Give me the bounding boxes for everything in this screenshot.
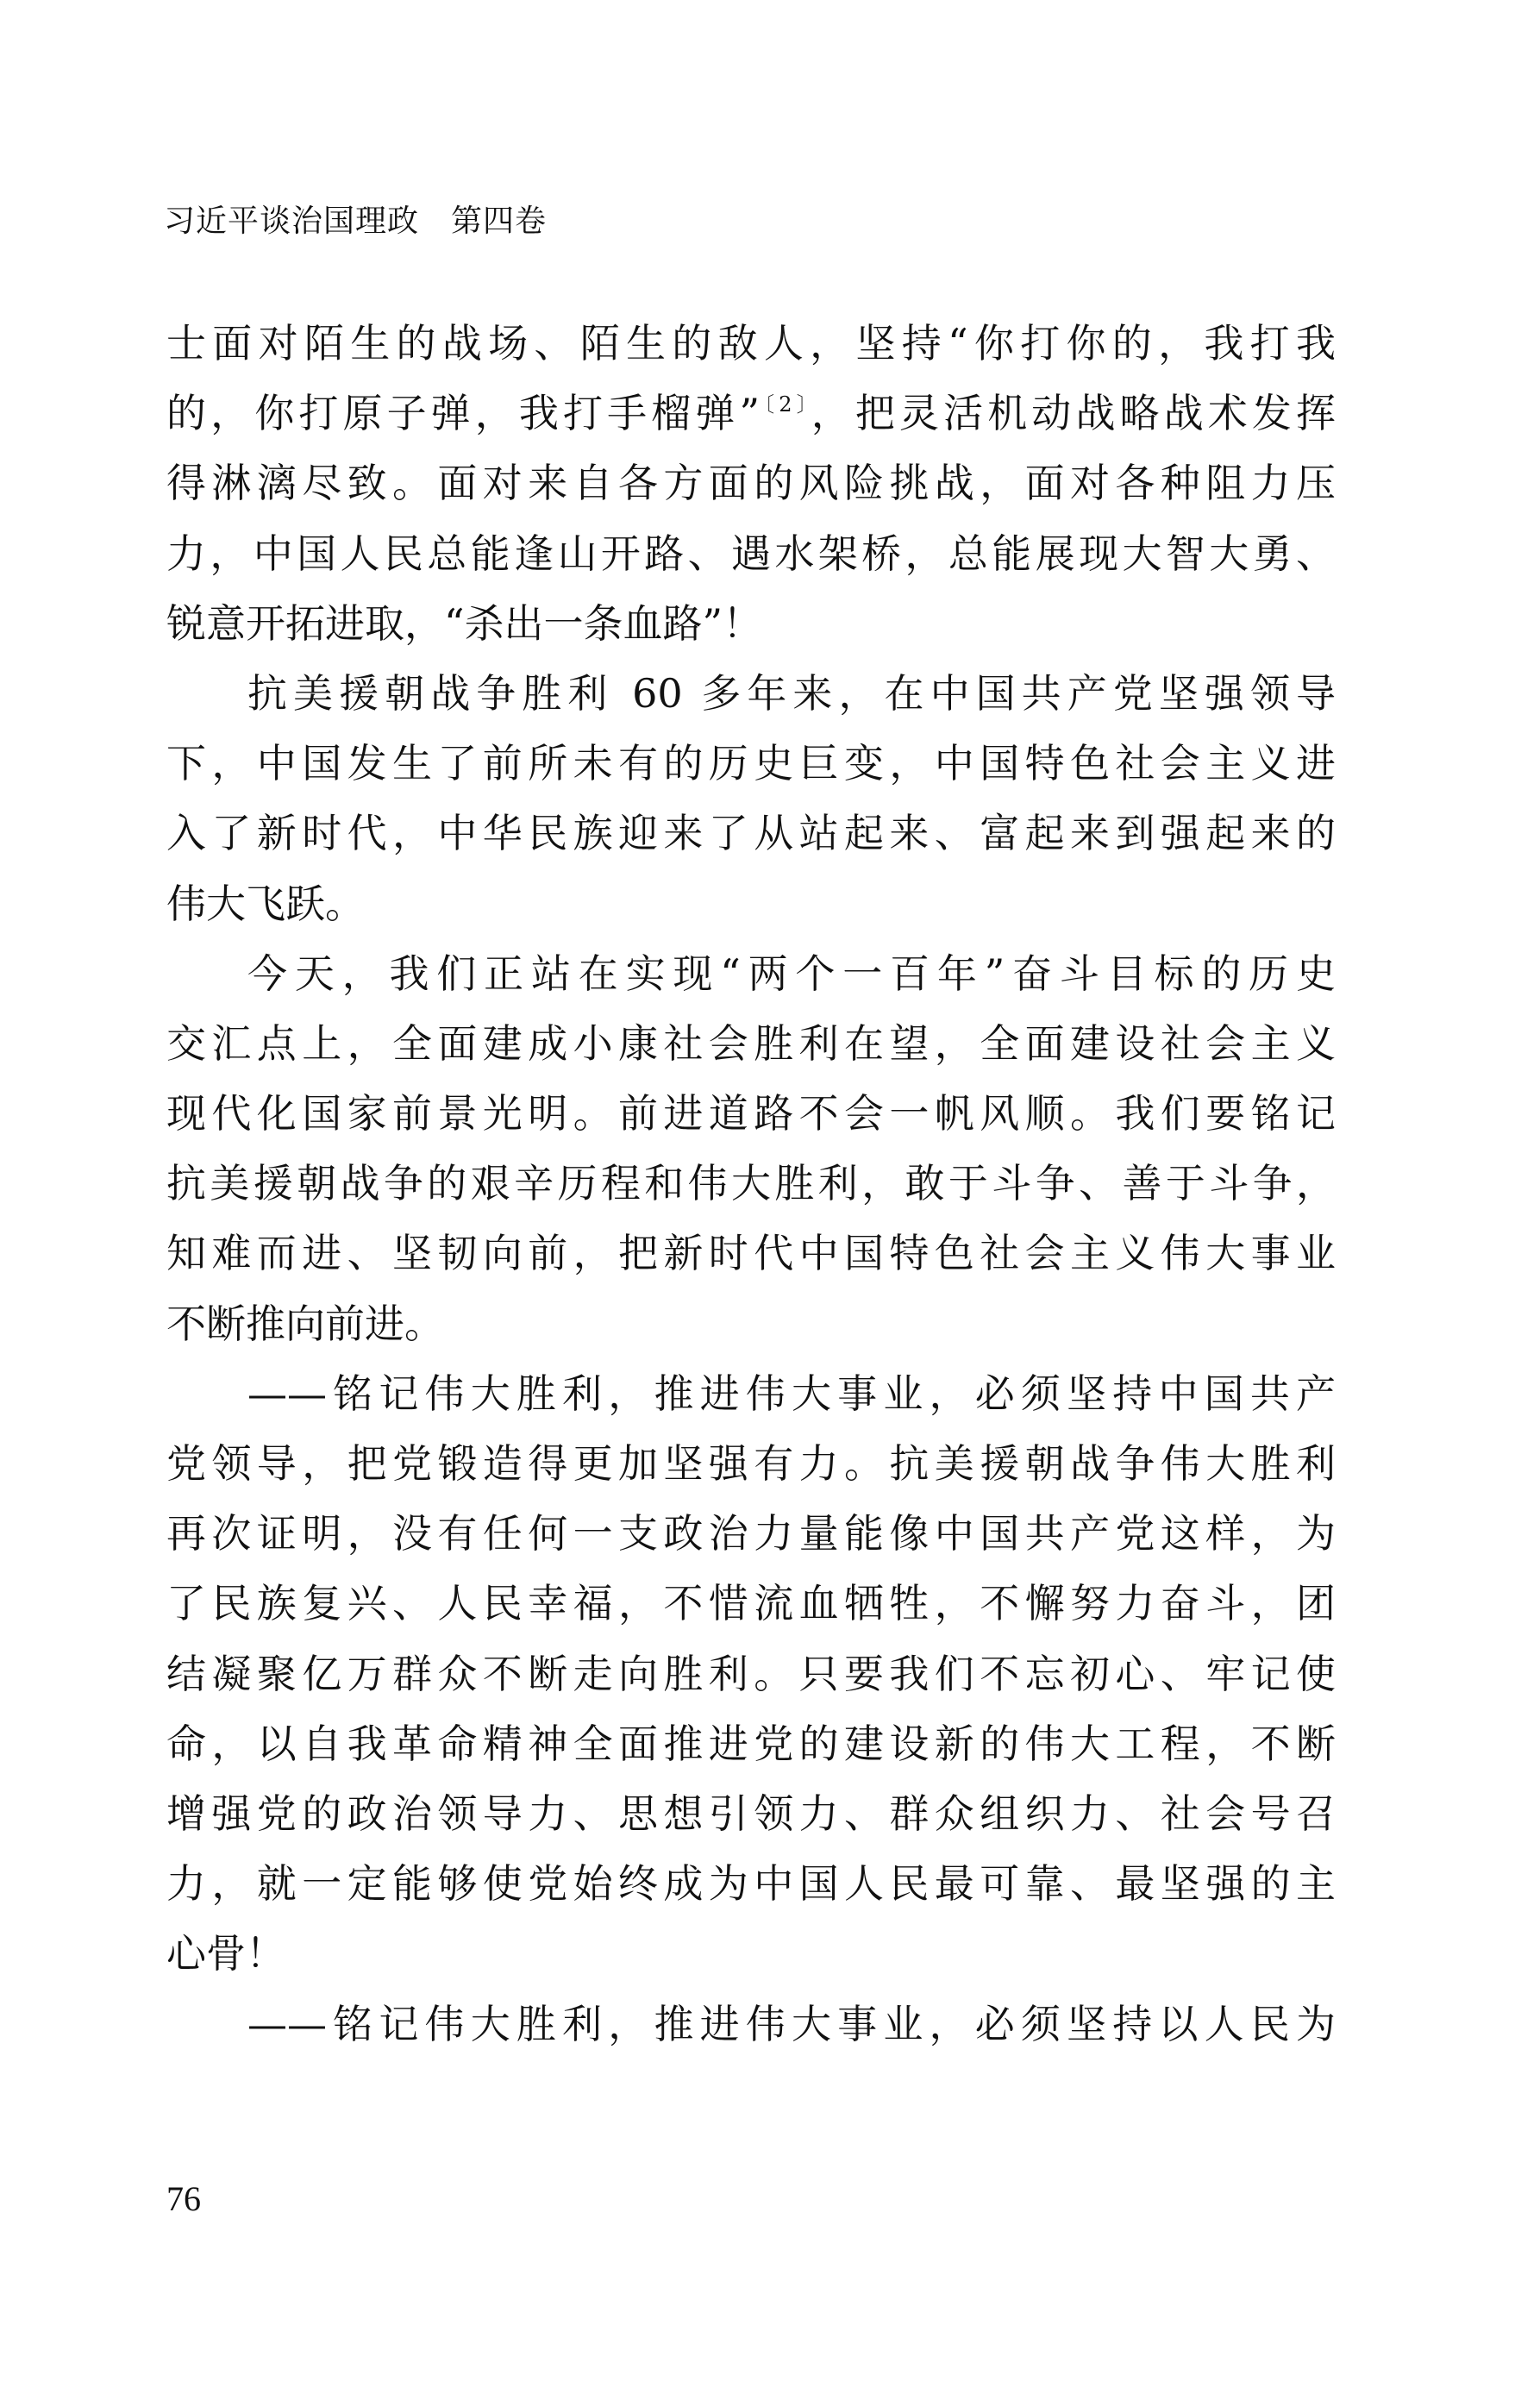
text-line: 锐意开拓进取，“杀出一条血路”！ — [166, 589, 1336, 659]
text-line: 知难而进、坚韧向前，把新时代中国特色社会主义伟大事业 — [166, 1219, 1336, 1288]
text-line: 入了新时代，中华民族迎来了从站起来、富起来到强起来的 — [166, 799, 1336, 868]
page-number: 76 — [166, 2178, 201, 2219]
text-line: 抗美援朝战争胜利 60 多年来，在中国共产党坚强领导 — [166, 659, 1336, 729]
text-line: 得淋漓尽致。面对来自各方面的风险挑战，面对各种阻力压 — [166, 448, 1336, 518]
text-line: 交汇点上，全面建成小康社会胜利在望，全面建设社会主义 — [166, 1009, 1336, 1079]
text-line: 今天，我们正站在实现“两个一百年”奋斗目标的历史 — [166, 939, 1336, 1009]
paragraph: 士面对陌生的战场、陌生的敌人，坚持“你打你的，我打我 的，你打原子弹，我打手榴弹… — [166, 309, 1336, 659]
text-span: ，把灵活机动战略战术发挥 — [811, 390, 1336, 436]
text-line: ——铭记伟大胜利，推进伟大事业，必须坚持中国共产 — [166, 1359, 1336, 1429]
text-line: 再次证明，没有任何一支政治力量能像中国共产党这样，为 — [166, 1499, 1336, 1569]
text-line: 党领导，把党锻造得更加坚强有力。抗美援朝战争伟大胜利 — [166, 1429, 1336, 1499]
text-line: 力，中国人民总能逢山开路、遇水架桥，总能展现大智大勇、 — [166, 519, 1336, 589]
text-line: 的，你打原子弹，我打手榴弹”〔2〕，把灵活机动战略战术发挥 — [166, 379, 1336, 448]
paragraph: ——铭记伟大胜利，推进伟大事业，必须坚持中国共产 党领导，把党锻造得更加坚强有力… — [166, 1359, 1336, 1990]
text-line: 增强党的政治领导力、思想引领力、群众组织力、社会号召 — [166, 1779, 1336, 1849]
text-span: 的，你打原子弹，我打手榴弹” — [166, 390, 760, 436]
paragraph: 今天，我们正站在实现“两个一百年”奋斗目标的历史 交汇点上，全面建成小康社会胜利… — [166, 939, 1336, 1359]
text-line: 现代化国家前景光明。前进道路不会一帆风顺。我们要铭记 — [166, 1079, 1336, 1149]
text-line: ——铭记伟大胜利，推进伟大事业，必须坚持以人民为 — [166, 1990, 1336, 2059]
footnote-reference[interactable]: 〔2〕 — [760, 392, 811, 417]
running-header: 习近平谈治国理政 第四卷 — [164, 197, 547, 241]
text-line: 抗美援朝战争的艰辛历程和伟大胜利，敢于斗争、善于斗争， — [166, 1149, 1336, 1219]
paragraph: ——铭记伟大胜利，推进伟大事业，必须坚持以人民为 — [166, 1990, 1336, 2059]
paragraph: 抗美援朝战争胜利 60 多年来，在中国共产党坚强领导 下，中国发生了前所未有的历… — [166, 659, 1336, 939]
text-line: 不断推向前进。 — [166, 1289, 1336, 1359]
text-line: 力，就一定能够使党始终成为中国人民最可靠、最坚强的主 — [166, 1849, 1336, 1919]
text-line: 命，以自我革命精神全面推进党的建设新的伟大工程，不断 — [166, 1709, 1336, 1779]
body-text: 士面对陌生的战场、陌生的敌人，坚持“你打你的，我打我 的，你打原子弹，我打手榴弹… — [166, 309, 1336, 2059]
text-line: 心骨！ — [166, 1919, 1336, 1989]
text-line: 了民族复兴、人民幸福，不惜流血牺牲，不懈努力奋斗，团 — [166, 1569, 1336, 1639]
text-line: 下，中国发生了前所未有的历史巨变，中国特色社会主义进 — [166, 729, 1336, 799]
text-line: 伟大飞跃。 — [166, 869, 1336, 939]
text-line: 士面对陌生的战场、陌生的敌人，坚持“你打你的，我打我 — [166, 309, 1336, 379]
text-line: 结凝聚亿万群众不断走向胜利。只要我们不忘初心、牢记使 — [166, 1639, 1336, 1709]
